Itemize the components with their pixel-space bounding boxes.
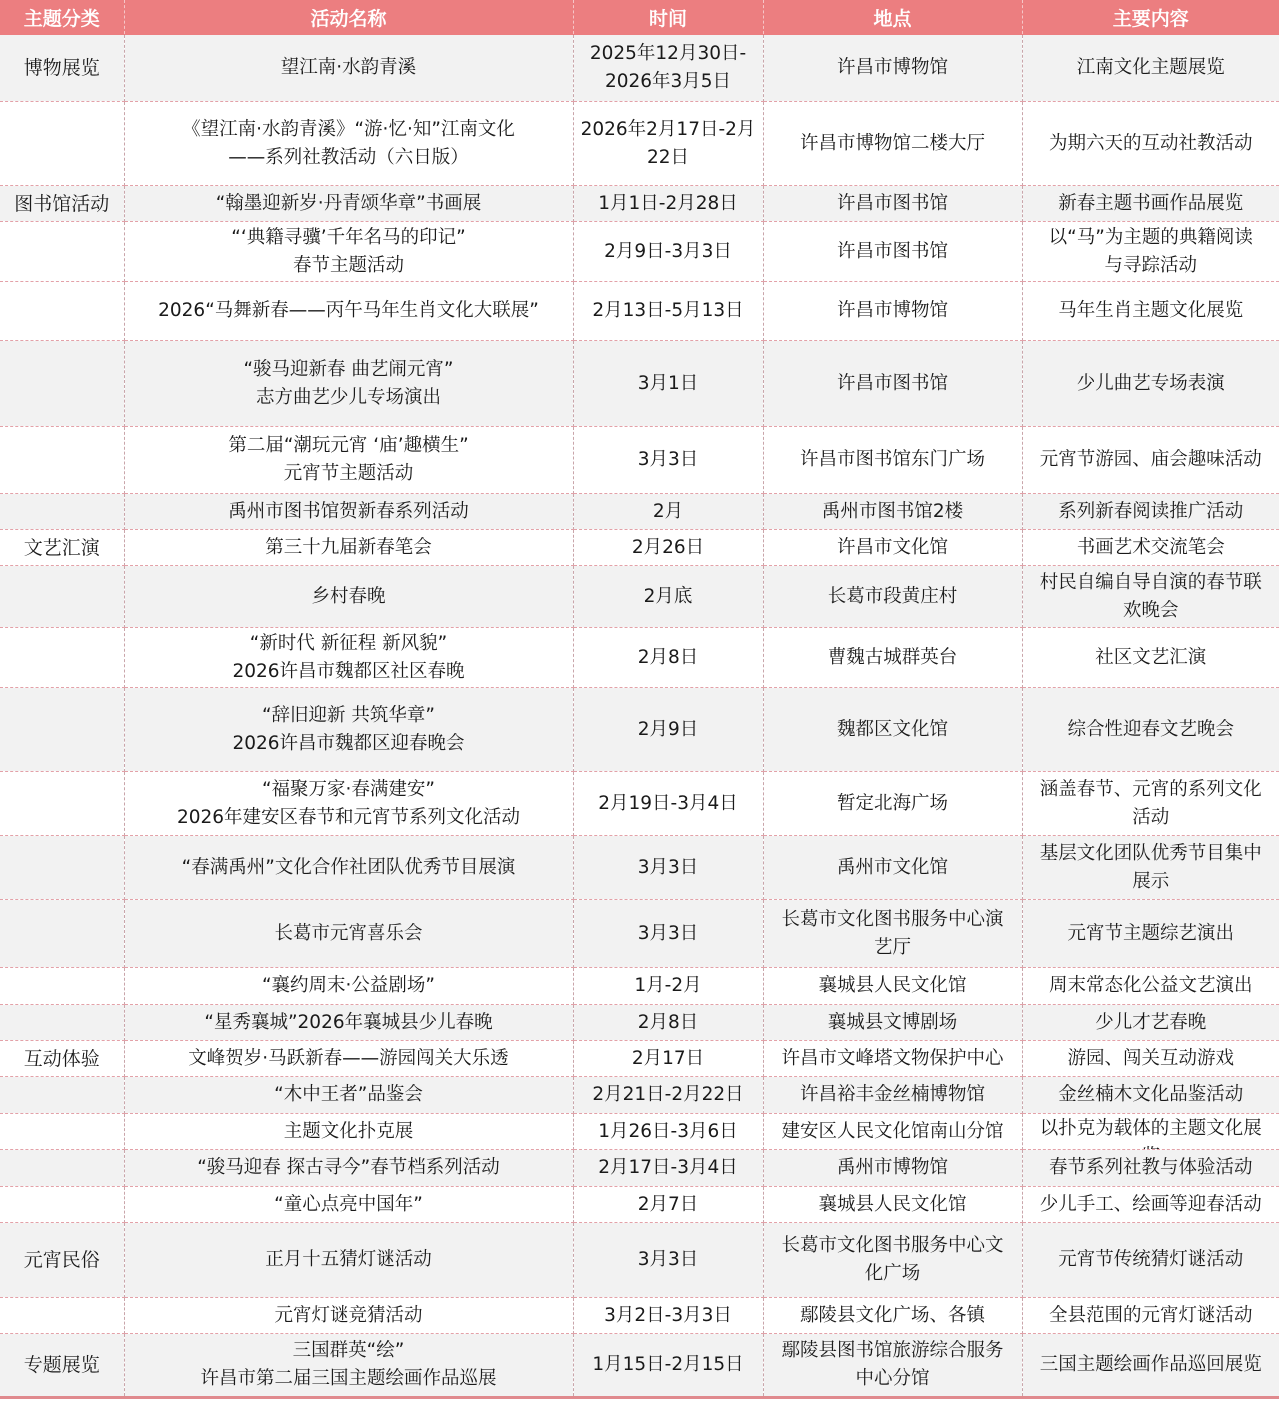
activity-name-cell-line: “福聚万家·春满建安” bbox=[129, 776, 569, 804]
time-cell: 3月3日 bbox=[573, 900, 763, 968]
place-cell-line: 许昌市图书馆东门广场 bbox=[768, 446, 1018, 474]
place-cell: 曹魏古城群英台 bbox=[763, 628, 1022, 688]
activity-name-cell-line: 望江南·水韵青溪 bbox=[129, 54, 569, 82]
activity-name-cell-line: 《望江南·水韵青溪》“游·忆·知”江南文化 bbox=[129, 116, 569, 144]
main-content-cell: 江南文化主题展览 bbox=[1022, 35, 1279, 102]
table-row: “新时代 新征程 新风貌”2026许昌市魏都区社区春晚2月8日曹魏古城群英台社区… bbox=[0, 628, 1279, 688]
activity-name-cell: 2026“马舞新春——丙午马年生肖文化大联展” bbox=[124, 282, 573, 341]
time-cell-line: 3月2日-3月3日 bbox=[578, 1302, 759, 1330]
time-cell-line: 2月21日-2月22日 bbox=[578, 1081, 759, 1109]
category-cell bbox=[0, 566, 124, 628]
table-row: 《望江南·水韵青溪》“游·忆·知”江南文化——系列社教活动（六日版）2026年2… bbox=[0, 102, 1279, 186]
time-cell-line: 1月15日-2月15日 bbox=[578, 1351, 759, 1379]
time-cell: 2月19日-3月4日 bbox=[573, 772, 763, 836]
place-cell-line: 许昌市文峰塔文物保护中心 bbox=[768, 1045, 1018, 1073]
time-cell: 2月26日 bbox=[573, 530, 763, 566]
activity-name-cell-line: 长葛市元宵喜乐会 bbox=[129, 920, 569, 948]
place-cell: 禹州市文化馆 bbox=[763, 836, 1022, 900]
category-cell bbox=[0, 772, 124, 836]
place-cell-line: 许昌市文化馆 bbox=[768, 534, 1018, 562]
activity-name-cell: “春满禹州”文化合作社团队优秀节目展演 bbox=[124, 836, 573, 900]
category-cell bbox=[0, 628, 124, 688]
activity-name-cell: 主题文化扑克展 bbox=[124, 1114, 573, 1150]
place-cell: 长葛市文化图书服务中心演艺厅 bbox=[763, 900, 1022, 968]
place-cell-line: 许昌市图书馆 bbox=[768, 238, 1018, 266]
category-cell bbox=[0, 102, 124, 186]
table-row: “福聚万家·春满建安”2026年建安区春节和元宵节系列文化活动2月19日-3月4… bbox=[0, 772, 1279, 836]
time-cell-line: 2月9日-3月3日 bbox=[578, 238, 759, 266]
place-cell-line: 许昌市博物馆二楼大厅 bbox=[768, 130, 1018, 158]
main-content-cell-line: 少儿手工、绘画等迎春活动 bbox=[1027, 1191, 1276, 1219]
category-cell: 元宵民俗 bbox=[0, 1223, 124, 1298]
place-cell-line: 长葛市文化图书服务中心演 bbox=[768, 906, 1018, 934]
category-cell: 图书馆活动 bbox=[0, 186, 124, 222]
table-row: 互动体验文峰贺岁·马跃新春——游园闯关大乐透2月17日许昌市文峰塔文物保护中心游… bbox=[0, 1041, 1279, 1077]
place-cell: 建安区人民文化馆南山分馆 bbox=[763, 1114, 1022, 1150]
activity-name-cell-line: “星秀襄城”2026年襄城县少儿春晚 bbox=[129, 1009, 569, 1037]
time-cell: 2月9日 bbox=[573, 688, 763, 772]
main-content-cell-line: 元宵节游园、庙会趣味活动 bbox=[1027, 446, 1276, 474]
place-cell-line: 许昌裕丰金丝楠博物馆 bbox=[768, 1081, 1018, 1109]
time-cell-line: 2月8日 bbox=[578, 1009, 759, 1037]
table-row: “春满禹州”文化合作社团队优秀节目展演3月3日禹州市文化馆基层文化团队优秀节目集… bbox=[0, 836, 1279, 900]
time-cell: 1月-2月 bbox=[573, 968, 763, 1005]
activity-name-cell: “翰墨迎新岁·丹青颂华章”书画展 bbox=[124, 186, 573, 222]
table-row: 长葛市元宵喜乐会3月3日长葛市文化图书服务中心演艺厅元宵节主题综艺演出 bbox=[0, 900, 1279, 968]
activity-name-cell: “骏马迎春 探古寻今”春节档系列活动 bbox=[124, 1150, 573, 1187]
activity-name-cell-line: 志方曲艺少儿专场演出 bbox=[129, 384, 569, 412]
activity-name-cell-line: 春节主题活动 bbox=[129, 252, 569, 280]
category-cell: 博物展览 bbox=[0, 35, 124, 102]
table-body: 博物展览望江南·水韵青溪2025年12月30日-2026年3月5日许昌市博物馆江… bbox=[0, 35, 1279, 1398]
activity-schedule-table: 主题分类 活动名称 时间 地点 主要内容 博物展览望江南·水韵青溪2025年12… bbox=[0, 0, 1279, 1399]
place-cell-line: 禹州市文化馆 bbox=[768, 854, 1018, 882]
category-cell bbox=[0, 341, 124, 427]
time-cell: 2月8日 bbox=[573, 628, 763, 688]
main-content-cell: 春节系列社教与体验活动 bbox=[1022, 1150, 1279, 1187]
main-content-cell-line: 江南文化主题展览 bbox=[1027, 54, 1276, 82]
main-content-cell-line: 系列新春阅读推广活动 bbox=[1027, 498, 1276, 526]
table-row: 元宵民俗正月十五猜灯谜活动3月3日长葛市文化图书服务中心文化广场元宵节传统猜灯谜… bbox=[0, 1223, 1279, 1298]
activity-name-cell: “木中王者”品鉴会 bbox=[124, 1077, 573, 1114]
time-cell-line: 2月7日 bbox=[578, 1191, 759, 1219]
place-cell: 襄城县人民文化馆 bbox=[763, 1187, 1022, 1223]
time-cell-line: 3月3日 bbox=[578, 854, 759, 882]
activity-name-cell: 第三十九届新春笔会 bbox=[124, 530, 573, 566]
main-content-cell-line: 书画艺术交流笔会 bbox=[1027, 534, 1276, 562]
place-cell-line: 禹州市图书馆2楼 bbox=[768, 498, 1018, 526]
time-cell-line: 2月26日 bbox=[578, 534, 759, 562]
activity-name-cell: “襄约周末·公益剧场” bbox=[124, 968, 573, 1005]
main-content-cell: 全县范围的元宵灯谜活动 bbox=[1022, 1298, 1279, 1334]
header-activity-name: 活动名称 bbox=[124, 0, 573, 35]
main-content-cell-line: 为期六天的互动社教活动 bbox=[1027, 130, 1276, 158]
place-cell: 长葛市段黄庄村 bbox=[763, 566, 1022, 628]
main-content-cell: 新春主题书画作品展览 bbox=[1022, 186, 1279, 222]
time-cell-line: 3月1日 bbox=[578, 370, 759, 398]
activity-name-cell-line: 元宵灯谜竞猜活动 bbox=[129, 1302, 569, 1330]
activity-name-cell-line: 文峰贺岁·马跃新春——游园闯关大乐透 bbox=[129, 1045, 569, 1073]
place-cell-line: 魏都区文化馆 bbox=[768, 716, 1018, 744]
activity-name-cell-line: “骏马迎春 探古寻今”春节档系列活动 bbox=[129, 1154, 569, 1182]
place-cell: 许昌市博物馆 bbox=[763, 282, 1022, 341]
time-cell: 2月7日 bbox=[573, 1187, 763, 1223]
time-cell: 2月 bbox=[573, 494, 763, 530]
category-cell bbox=[0, 836, 124, 900]
place-cell: 许昌市博物馆二楼大厅 bbox=[763, 102, 1022, 186]
main-content-cell-line: 元宵节传统猜灯谜活动 bbox=[1027, 1246, 1276, 1274]
main-content-cell-line: 览 bbox=[1027, 1143, 1276, 1149]
time-cell-line: 2月9日 bbox=[578, 716, 759, 744]
main-content-cell-line: 社区文艺汇演 bbox=[1027, 644, 1276, 672]
main-content-cell: 元宵节游园、庙会趣味活动 bbox=[1022, 427, 1279, 494]
activity-name-cell-line: 第二届“潮玩元宵 ‘庙’趣横生” bbox=[129, 432, 569, 460]
place-cell: 暂定北海广场 bbox=[763, 772, 1022, 836]
activity-name-cell-line: “骏马迎新春 曲艺闹元宵” bbox=[129, 356, 569, 384]
activity-name-cell: 乡村春晚 bbox=[124, 566, 573, 628]
time-cell: 2月13日-5月13日 bbox=[573, 282, 763, 341]
main-content-cell: 为期六天的互动社教活动 bbox=[1022, 102, 1279, 186]
main-content-cell: 马年生肖主题文化展览 bbox=[1022, 282, 1279, 341]
place-cell: 许昌市文化馆 bbox=[763, 530, 1022, 566]
time-cell-line: 3月3日 bbox=[578, 446, 759, 474]
activity-name-cell-line: 三国群英“绘” bbox=[129, 1337, 569, 1365]
place-cell-line: 许昌市博物馆 bbox=[768, 297, 1018, 325]
main-content-cell: 三国主题绘画作品巡回展览 bbox=[1022, 1334, 1279, 1398]
place-cell-line: 襄城县文博剧场 bbox=[768, 1009, 1018, 1037]
place-cell-line: 许昌市图书馆 bbox=[768, 370, 1018, 398]
table-row: “木中王者”品鉴会2月21日-2月22日许昌裕丰金丝楠博物馆金丝楠木文化品鉴活动 bbox=[0, 1077, 1279, 1114]
main-content-cell-line: 以扑克为载体的主题文化展 bbox=[1027, 1115, 1276, 1143]
main-content-cell-line: 以“马”为主题的典籍阅读 bbox=[1027, 224, 1276, 252]
place-cell-line: 鄢陵县文化广场、各镇 bbox=[768, 1302, 1018, 1330]
activity-name-cell-line: “新时代 新征程 新风貌” bbox=[129, 630, 569, 658]
table-row: 禹州市图书馆贺新春系列活动2月禹州市图书馆2楼系列新春阅读推广活动 bbox=[0, 494, 1279, 530]
time-cell-line: 2月13日-5月13日 bbox=[578, 297, 759, 325]
activity-name-cell-line: 禹州市图书馆贺新春系列活动 bbox=[129, 498, 569, 526]
category-cell: 互动体验 bbox=[0, 1041, 124, 1077]
table-row: “‘典籍寻骥’千年名马的印记”春节主题活动2月9日-3月3日许昌市图书馆以“马”… bbox=[0, 222, 1279, 282]
main-content-cell: 系列新春阅读推广活动 bbox=[1022, 494, 1279, 530]
category-cell bbox=[0, 222, 124, 282]
main-content-cell-line: 基层文化团队优秀节目集中 bbox=[1027, 840, 1276, 868]
header-place: 地点 bbox=[763, 0, 1022, 35]
activity-name-cell-line: 乡村春晚 bbox=[129, 583, 569, 611]
activity-name-cell-line: “木中王者”品鉴会 bbox=[129, 1081, 569, 1109]
place-cell: 许昌市图书馆东门广场 bbox=[763, 427, 1022, 494]
table-row: 图书馆活动“翰墨迎新岁·丹青颂华章”书画展1月1日-2月28日许昌市图书馆新春主… bbox=[0, 186, 1279, 222]
main-content-cell: 以“马”为主题的典籍阅读与寻踪活动 bbox=[1022, 222, 1279, 282]
place-cell: 禹州市图书馆2楼 bbox=[763, 494, 1022, 530]
place-cell-line: 建安区人民文化馆南山分馆 bbox=[768, 1118, 1018, 1146]
time-cell: 2月17日-3月4日 bbox=[573, 1150, 763, 1187]
time-cell-line: 2026年3月5日 bbox=[578, 68, 759, 96]
time-cell: 2月8日 bbox=[573, 1005, 763, 1041]
table-row: 元宵灯谜竞猜活动3月2日-3月3日鄢陵县文化广场、各镇全县范围的元宵灯谜活动 bbox=[0, 1298, 1279, 1334]
place-cell-line: 鄢陵县图书馆旅游综合服务 bbox=[768, 1337, 1018, 1365]
table-header: 主题分类 活动名称 时间 地点 主要内容 bbox=[0, 0, 1279, 35]
table-row: 博物展览望江南·水韵青溪2025年12月30日-2026年3月5日许昌市博物馆江… bbox=[0, 35, 1279, 102]
activity-name-cell-line: ——系列社教活动（六日版） bbox=[129, 144, 569, 172]
activity-name-cell: “福聚万家·春满建安”2026年建安区春节和元宵节系列文化活动 bbox=[124, 772, 573, 836]
place-cell: 禹州市博物馆 bbox=[763, 1150, 1022, 1187]
category-cell bbox=[0, 1077, 124, 1114]
main-content-cell: 综合性迎春文艺晚会 bbox=[1022, 688, 1279, 772]
table-row: 文艺汇演第三十九届新春笔会2月26日许昌市文化馆书画艺术交流笔会 bbox=[0, 530, 1279, 566]
main-content-cell-line: 欢晚会 bbox=[1027, 597, 1276, 625]
activity-name-cell: “‘典籍寻骥’千年名马的印记”春节主题活动 bbox=[124, 222, 573, 282]
main-content-cell: 少儿才艺春晚 bbox=[1022, 1005, 1279, 1041]
main-content-cell-line: 村民自编自导自演的春节联 bbox=[1027, 569, 1276, 597]
main-content-cell: 书画艺术交流笔会 bbox=[1022, 530, 1279, 566]
activity-name-cell-line: “襄约周末·公益剧场” bbox=[129, 972, 569, 1000]
time-cell: 2月9日-3月3日 bbox=[573, 222, 763, 282]
activity-name-cell: 望江南·水韵青溪 bbox=[124, 35, 573, 102]
main-content-cell-line: 元宵节主题综艺演出 bbox=[1027, 920, 1276, 948]
category-cell bbox=[0, 968, 124, 1005]
activity-name-cell: 元宵灯谜竞猜活动 bbox=[124, 1298, 573, 1334]
main-content-cell-line: 综合性迎春文艺晚会 bbox=[1027, 716, 1276, 744]
activity-name-cell: 正月十五猜灯谜活动 bbox=[124, 1223, 573, 1298]
table-row: 专题展览三国群英“绘”许昌市第二届三国主题绘画作品巡展1月15日-2月15日鄢陵… bbox=[0, 1334, 1279, 1398]
activity-name-cell-line: 正月十五猜灯谜活动 bbox=[129, 1246, 569, 1274]
place-cell-line: 暂定北海广场 bbox=[768, 790, 1018, 818]
time-cell: 2025年12月30日-2026年3月5日 bbox=[573, 35, 763, 102]
table-row: “星秀襄城”2026年襄城县少儿春晚2月8日襄城县文博剧场少儿才艺春晚 bbox=[0, 1005, 1279, 1041]
time-cell: 2月17日 bbox=[573, 1041, 763, 1077]
main-content-cell-line: 马年生肖主题文化展览 bbox=[1027, 297, 1276, 325]
activity-name-cell-line: 主题文化扑克展 bbox=[129, 1118, 569, 1146]
time-cell-line: 3月3日 bbox=[578, 920, 759, 948]
main-content-cell-line: 新春主题书画作品展览 bbox=[1027, 190, 1276, 218]
place-cell: 许昌市图书馆 bbox=[763, 222, 1022, 282]
main-content-cell-line: 少儿才艺春晚 bbox=[1027, 1009, 1276, 1037]
activity-name-cell-line: “‘典籍寻骥’千年名马的印记” bbox=[129, 224, 569, 252]
activity-name-cell-line: 2026许昌市魏都区迎春晚会 bbox=[129, 730, 569, 758]
main-content-cell: 少儿曲艺专场表演 bbox=[1022, 341, 1279, 427]
activity-name-cell-line: 第三十九届新春笔会 bbox=[129, 534, 569, 562]
header-time: 时间 bbox=[573, 0, 763, 35]
main-content-cell-line: 金丝楠木文化品鉴活动 bbox=[1027, 1081, 1276, 1109]
main-content-cell-line: 周末常态化公益文艺演出 bbox=[1027, 972, 1276, 1000]
main-content-cell: 周末常态化公益文艺演出 bbox=[1022, 968, 1279, 1005]
main-content-cell: 村民自编自导自演的春节联欢晚会 bbox=[1022, 566, 1279, 628]
place-cell: 鄢陵县文化广场、各镇 bbox=[763, 1298, 1022, 1334]
category-cell bbox=[0, 1187, 124, 1223]
place-cell: 襄城县人民文化馆 bbox=[763, 968, 1022, 1005]
time-cell-line: 1月26日-3月6日 bbox=[578, 1118, 759, 1146]
time-cell: 2026年2月17日-2月22日 bbox=[573, 102, 763, 186]
time-cell: 1月15日-2月15日 bbox=[573, 1334, 763, 1398]
table-row: “襄约周末·公益剧场”1月-2月襄城县人民文化馆周末常态化公益文艺演出 bbox=[0, 968, 1279, 1005]
main-content-cell: 游园、闯关互动游戏 bbox=[1022, 1041, 1279, 1077]
time-cell: 2月底 bbox=[573, 566, 763, 628]
main-content-cell: 元宵节传统猜灯谜活动 bbox=[1022, 1223, 1279, 1298]
place-cell: 许昌裕丰金丝楠博物馆 bbox=[763, 1077, 1022, 1114]
activity-name-cell: 三国群英“绘”许昌市第二届三国主题绘画作品巡展 bbox=[124, 1334, 573, 1398]
category-cell bbox=[0, 494, 124, 530]
place-cell-line: 许昌市图书馆 bbox=[768, 190, 1018, 218]
category-cell bbox=[0, 1114, 124, 1150]
header-main-content: 主要内容 bbox=[1022, 0, 1279, 35]
activity-name-cell: 文峰贺岁·马跃新春——游园闯关大乐透 bbox=[124, 1041, 573, 1077]
time-cell-line: 2月17日 bbox=[578, 1045, 759, 1073]
table-row: “辞旧迎新 共筑华章”2026许昌市魏都区迎春晚会2月9日魏都区文化馆综合性迎春… bbox=[0, 688, 1279, 772]
main-content-cell-line: 涵盖春节、元宵的系列文化 bbox=[1027, 776, 1276, 804]
place-cell: 许昌市博物馆 bbox=[763, 35, 1022, 102]
header-category: 主题分类 bbox=[0, 0, 124, 35]
time-cell-line: 2月 bbox=[578, 498, 759, 526]
place-cell-line: 长葛市文化图书服务中心文 bbox=[768, 1232, 1018, 1260]
activity-name-cell: “骏马迎新春 曲艺闹元宵”志方曲艺少儿专场演出 bbox=[124, 341, 573, 427]
main-content-cell-line: 展示 bbox=[1027, 868, 1276, 896]
time-cell-line: 2月19日-3月4日 bbox=[578, 790, 759, 818]
header-row: 主题分类 活动名称 时间 地点 主要内容 bbox=[0, 0, 1279, 35]
time-cell-line: 1月1日-2月28日 bbox=[578, 190, 759, 218]
time-cell-line: 2025年12月30日- bbox=[578, 40, 759, 68]
place-cell-line: 禹州市博物馆 bbox=[768, 1154, 1018, 1182]
place-cell-line: 艺厅 bbox=[768, 934, 1018, 962]
main-content-cell-line: 三国主题绘画作品巡回展览 bbox=[1027, 1351, 1276, 1379]
table-row: 第二届“潮玩元宵 ‘庙’趣横生”元宵节主题活动3月3日许昌市图书馆东门广场元宵节… bbox=[0, 427, 1279, 494]
place-cell: 鄢陵县图书馆旅游综合服务中心分馆 bbox=[763, 1334, 1022, 1398]
main-content-cell: 社区文艺汇演 bbox=[1022, 628, 1279, 688]
activity-name-cell-line: 2026“马舞新春——丙午马年生肖文化大联展” bbox=[129, 297, 569, 325]
place-cell-line: 襄城县人民文化馆 bbox=[768, 972, 1018, 1000]
activity-name-cell: 长葛市元宵喜乐会 bbox=[124, 900, 573, 968]
activity-name-cell: 禹州市图书馆贺新春系列活动 bbox=[124, 494, 573, 530]
time-cell: 3月3日 bbox=[573, 836, 763, 900]
main-content-cell-line: 游园、闯关互动游戏 bbox=[1027, 1045, 1276, 1073]
time-cell: 1月26日-3月6日 bbox=[573, 1114, 763, 1150]
place-cell: 长葛市文化图书服务中心文化广场 bbox=[763, 1223, 1022, 1298]
time-cell-line: 2月8日 bbox=[578, 644, 759, 672]
category-cell bbox=[0, 1150, 124, 1187]
activity-name-cell: “童心点亮中国年” bbox=[124, 1187, 573, 1223]
category-cell bbox=[0, 282, 124, 341]
category-cell: 文艺汇演 bbox=[0, 530, 124, 566]
activity-name-cell-line: “童心点亮中国年” bbox=[129, 1191, 569, 1219]
place-cell-line: 中心分馆 bbox=[768, 1365, 1018, 1393]
activity-name-cell-line: “辞旧迎新 共筑华章” bbox=[129, 702, 569, 730]
time-cell: 3月2日-3月3日 bbox=[573, 1298, 763, 1334]
time-cell: 3月3日 bbox=[573, 427, 763, 494]
main-content-cell-line: 活动 bbox=[1027, 804, 1276, 832]
main-content-cell-line: 少儿曲艺专场表演 bbox=[1027, 370, 1276, 398]
activity-name-cell: 第二届“潮玩元宵 ‘庙’趣横生”元宵节主题活动 bbox=[124, 427, 573, 494]
table-row: 乡村春晚2月底长葛市段黄庄村村民自编自导自演的春节联欢晚会 bbox=[0, 566, 1279, 628]
time-cell: 2月21日-2月22日 bbox=[573, 1077, 763, 1114]
activity-name-cell: “新时代 新征程 新风貌”2026许昌市魏都区社区春晚 bbox=[124, 628, 573, 688]
activity-name-cell: “辞旧迎新 共筑华章”2026许昌市魏都区迎春晚会 bbox=[124, 688, 573, 772]
main-content-cell: 元宵节主题综艺演出 bbox=[1022, 900, 1279, 968]
main-content-cell: 少儿手工、绘画等迎春活动 bbox=[1022, 1187, 1279, 1223]
activity-name-cell-line: 2026年建安区春节和元宵节系列文化活动 bbox=[129, 804, 569, 832]
main-content-cell: 涵盖春节、元宵的系列文化活动 bbox=[1022, 772, 1279, 836]
activity-name-cell-line: 元宵节主题活动 bbox=[129, 460, 569, 488]
main-content-cell: 基层文化团队优秀节目集中展示 bbox=[1022, 836, 1279, 900]
time-cell-line: 22日 bbox=[578, 144, 759, 172]
table-row: 主题文化扑克展1月26日-3月6日建安区人民文化馆南山分馆以扑克为载体的主题文化… bbox=[0, 1114, 1279, 1150]
main-content-cell: 金丝楠木文化品鉴活动 bbox=[1022, 1077, 1279, 1114]
time-cell-line: 2月17日-3月4日 bbox=[578, 1154, 759, 1182]
time-cell: 3月1日 bbox=[573, 341, 763, 427]
place-cell: 许昌市图书馆 bbox=[763, 186, 1022, 222]
time-cell-line: 2026年2月17日-2月 bbox=[578, 116, 759, 144]
activity-name-cell-line: “春满禹州”文化合作社团队优秀节目展演 bbox=[129, 854, 569, 882]
place-cell-line: 襄城县人民文化馆 bbox=[768, 1191, 1018, 1219]
category-cell: 专题展览 bbox=[0, 1334, 124, 1398]
time-cell: 1月1日-2月28日 bbox=[573, 186, 763, 222]
main-content-cell-line: 全县范围的元宵灯谜活动 bbox=[1027, 1302, 1276, 1330]
place-cell: 许昌市图书馆 bbox=[763, 341, 1022, 427]
category-cell bbox=[0, 1005, 124, 1041]
table-row: “骏马迎新春 曲艺闹元宵”志方曲艺少儿专场演出3月1日许昌市图书馆少儿曲艺专场表… bbox=[0, 341, 1279, 427]
category-cell bbox=[0, 688, 124, 772]
place-cell: 魏都区文化馆 bbox=[763, 688, 1022, 772]
place-cell: 襄城县文博剧场 bbox=[763, 1005, 1022, 1041]
place-cell: 许昌市文峰塔文物保护中心 bbox=[763, 1041, 1022, 1077]
place-cell-line: 曹魏古城群英台 bbox=[768, 644, 1018, 672]
activity-name-cell-line: “翰墨迎新岁·丹青颂华章”书画展 bbox=[129, 190, 569, 218]
place-cell-line: 化广场 bbox=[768, 1260, 1018, 1288]
time-cell: 3月3日 bbox=[573, 1223, 763, 1298]
activity-name-cell: “星秀襄城”2026年襄城县少儿春晚 bbox=[124, 1005, 573, 1041]
activity-name-cell-line: 2026许昌市魏都区社区春晚 bbox=[129, 658, 569, 686]
time-cell-line: 1月-2月 bbox=[578, 972, 759, 1000]
place-cell-line: 许昌市博物馆 bbox=[768, 54, 1018, 82]
category-cell bbox=[0, 427, 124, 494]
activity-name-cell: 《望江南·水韵青溪》“游·忆·知”江南文化——系列社教活动（六日版） bbox=[124, 102, 573, 186]
category-cell bbox=[0, 1298, 124, 1334]
table-row: “骏马迎春 探古寻今”春节档系列活动2月17日-3月4日禹州市博物馆春节系列社教… bbox=[0, 1150, 1279, 1187]
table-row: 2026“马舞新春——丙午马年生肖文化大联展”2月13日-5月13日许昌市博物馆… bbox=[0, 282, 1279, 341]
table-row: “童心点亮中国年”2月7日襄城县人民文化馆少儿手工、绘画等迎春活动 bbox=[0, 1187, 1279, 1223]
main-content-cell-line: 与寻踪活动 bbox=[1027, 252, 1276, 280]
category-cell bbox=[0, 900, 124, 968]
time-cell-line: 2月底 bbox=[578, 583, 759, 611]
time-cell-line: 3月3日 bbox=[578, 1246, 759, 1274]
activity-name-cell-line: 许昌市第二届三国主题绘画作品巡展 bbox=[129, 1365, 569, 1393]
main-content-cell: 以扑克为载体的主题文化展览 bbox=[1022, 1114, 1279, 1150]
place-cell-line: 长葛市段黄庄村 bbox=[768, 583, 1018, 611]
main-content-cell-line: 春节系列社教与体验活动 bbox=[1027, 1154, 1276, 1182]
